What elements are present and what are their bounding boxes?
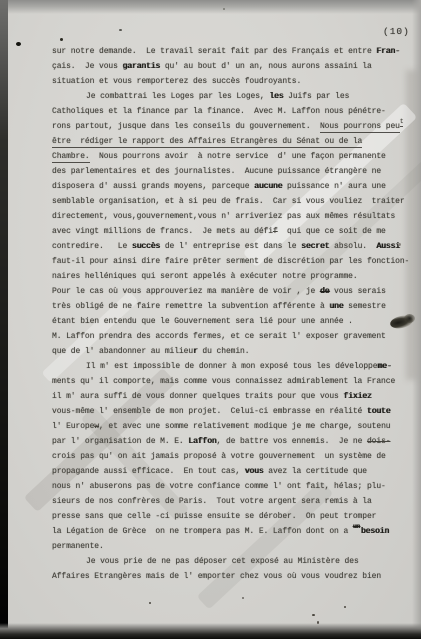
text-segment: avec vingt millions de francs. Je mets a…: [52, 227, 273, 236]
text-segment: de: [320, 287, 329, 296]
page-number: (10): [383, 26, 410, 37]
text-line: Catholiques et la finance par la finance…: [52, 104, 418, 119]
text-segment: il m' aura suffi de vous donner quelques…: [52, 392, 343, 401]
text-segment: vous-même l' ensemble de mon projet. Cel…: [52, 407, 367, 416]
text-line: nous n' abuserons pas de votre confiance…: [52, 479, 418, 494]
text-segment: situation et vous remporterez des succès…: [52, 77, 301, 86]
text-segment: naires helléniques qui seront appelés à …: [52, 272, 358, 281]
text-line: naires helléniques qui seront appelés à …: [52, 269, 418, 284]
text-line: Je vous prie de ne pas déposer cet expos…: [52, 554, 418, 569]
text-segment: très obligé de ne faire remettre la subv…: [52, 302, 329, 311]
text-segment: , de battre vos ennemis. Je ne: [217, 437, 367, 446]
text-line: contredire. Le succès de l' entreprise e…: [52, 239, 418, 254]
scan-edge-bottom: [0, 623, 421, 639]
text-segment: avez la certitude que: [264, 467, 367, 476]
text-segment: Nous pourrons avoir à notre service d' u…: [90, 152, 386, 161]
text-segment: aucune: [254, 182, 282, 191]
text-line: des parlementaires et des journalistes. …: [52, 164, 418, 179]
text-segment: toute: [367, 407, 391, 416]
text-line: Chambre. Nous pourrons avoir à notre ser…: [52, 149, 418, 164]
text-line: rons partout, jusque dans les conseils d…: [52, 119, 418, 134]
text-line: disposera d' aussi grands moyens, parceq…: [52, 179, 418, 194]
text-line: avec vingt millions de francs. Je mets a…: [52, 224, 418, 239]
text-line: Affaires Etrangères mais de l' emporter …: [52, 569, 418, 584]
ink-speck: [242, 597, 244, 599]
text-segment: rons partout, jusque dans les conseils d…: [52, 122, 320, 131]
text-segment: t: [400, 118, 404, 127]
text-line: Je combattrai les Loges par les Loges, l…: [52, 89, 418, 104]
text-segment: par l' organisation de M. E.: [52, 437, 188, 446]
text-segment: qui que ce soit de me: [278, 227, 386, 236]
text-segment: directement, vous,gouvernement,vous n' a…: [52, 212, 395, 221]
text-line: crois pas qu' on ait jamais proposé à vo…: [52, 449, 418, 464]
text-line: Pour le cas où vous approuveriez ma mani…: [52, 284, 418, 299]
text-segment: Pour le cas où vous approuveriez ma mani…: [52, 287, 320, 296]
text-segment: Il m' est impossible de donner à mon exp…: [86, 362, 377, 371]
text-line: sur notre demande. Le travail serait fai…: [52, 44, 418, 59]
text-segment: Je vous prie de ne pas déposer cet expos…: [86, 557, 359, 566]
text-line: semblable organisation, et à si peu de f…: [52, 194, 418, 209]
ink-speck: [60, 38, 63, 41]
text-segment: succès: [132, 242, 160, 251]
text-line: faut-il pour ainsi dire faire prêter ser…: [52, 254, 418, 269]
scan-edge-left: [0, 0, 8, 639]
text-segment: garantis: [123, 62, 161, 71]
text-line: situation et vous remporterez des succès…: [52, 74, 418, 89]
text-segment: sieurs de nos confrères de Paris. Tout v…: [52, 497, 372, 506]
text-segment: secret: [301, 242, 329, 251]
text-segment: Aussi: [376, 242, 400, 251]
text-segment: nous n' abuserons pas de votre confiance…: [52, 482, 386, 491]
text-segment: M. Laffon prendra des accords fermes, et…: [52, 332, 386, 341]
text-segment: vous: [245, 467, 264, 476]
text-segment: fixiez: [343, 392, 371, 401]
text-line: très obligé de ne faire remettre la subv…: [52, 299, 418, 314]
text-segment: être rédiger le rapport des Affaires Etr…: [52, 137, 362, 148]
text-segment: puissance n' aura une: [282, 182, 385, 191]
text-segment: propagande aussi efficace. En tout cas,: [52, 467, 245, 476]
text-line: par l' organisation de M. E. Laffon, de …: [52, 434, 418, 449]
text-segment: Nous pourrons peu: [320, 122, 400, 133]
text-segment: presse sans que celle -ci puisse ensuite…: [52, 512, 376, 521]
text-segment: Fran-: [376, 47, 400, 56]
text-segment: permanente.: [52, 542, 104, 551]
text-segment: les: [269, 92, 283, 101]
ink-speck: [16, 42, 21, 46]
text-segment: semestre: [343, 302, 385, 311]
text-segment: dois-: [367, 437, 391, 446]
text-segment: besoin: [361, 527, 389, 536]
text-segment: ments qu' il comporte, mais comme vous c…: [52, 377, 395, 386]
text-line: permanente.: [52, 539, 418, 554]
text-line: Il m' est impossible de donner à mon exp…: [52, 359, 418, 374]
ink-speck: [312, 614, 315, 616]
text-segment: qu' au bout d' un an, nous aurons assain…: [160, 62, 372, 71]
text-line: la Légation de Grèce on ne trompera pas …: [52, 524, 418, 539]
text-segment: çais. Je vous: [52, 62, 123, 71]
text-line: que de l' abandonner au milieur du chemi…: [52, 344, 418, 359]
text-segment: une: [329, 302, 343, 311]
text-segment: , et avec une somme relativement modique…: [99, 422, 390, 431]
text-segment: disposera d' aussi grands moyens, parceq…: [52, 182, 254, 191]
ink-speck: [223, 8, 225, 10]
text-line: sieurs de nos confrères de Paris. Tout v…: [52, 494, 418, 509]
text-line: M. Laffon prendra des accords fermes, et…: [52, 329, 418, 344]
ink-speck: [398, 243, 401, 246]
text-line: directement, vous,gouvernement,vous n' a…: [52, 209, 418, 224]
text-segment: Laffon: [188, 437, 216, 446]
text-segment: de l' entreprise est dans le: [160, 242, 301, 251]
text-segment: Affaires Etrangères mais de l' emporter …: [52, 572, 381, 581]
text-segment: semblable organisation, et à si peu de f…: [52, 197, 405, 206]
text-segment: que de l' abandonner au milieu: [52, 347, 193, 356]
text-segment: la Légation de Grèce on ne trompera pas …: [52, 527, 353, 536]
text-line: être rédiger le rapport des Affaires Etr…: [52, 134, 418, 149]
text-segment: sur notre demande. Le travail serait fai…: [52, 47, 376, 56]
text-line: étant bien entendu que le Gouvernement s…: [52, 314, 418, 329]
text-segment: absolu.: [329, 242, 376, 251]
text-segment: étant bien entendu que le Gouvernement s…: [52, 317, 353, 326]
text-segment: Je combattrai les Loges par les Loges,: [86, 92, 269, 101]
text-line: il m' aura suffi de vous donner quelques…: [52, 389, 418, 404]
typewritten-text: sur notre demande. Le travail serait fai…: [52, 44, 418, 584]
ink-speck: [344, 606, 346, 608]
ink-blot: [404, 314, 415, 323]
text-line: ments qu' il comporte, mais comme vous c…: [52, 374, 418, 389]
text-segment: un: [353, 523, 360, 530]
text-line: l' Europew, et avec une somme relativeme…: [52, 419, 418, 434]
scan-edge-top: [0, 0, 421, 14]
text-line: presse sans que celle -ci puisse ensuite…: [52, 509, 418, 524]
text-segment: Chambre.: [52, 152, 90, 163]
text-segment: me-: [377, 362, 391, 371]
ink-speck: [119, 29, 122, 31]
text-line: çais. Je vous garantis qu' au bout d' un…: [52, 59, 418, 74]
text-segment: des parlementaires et des journalistes. …: [52, 167, 381, 176]
text-segment: l' Europe: [52, 422, 94, 431]
text-segment: Catholiques et la finance par la finance…: [52, 107, 386, 116]
text-segment: contredire. Le: [52, 242, 132, 251]
text-segment: du chemin.: [198, 347, 250, 356]
text-segment: vous serais: [329, 287, 385, 296]
text-line: propagande aussi efficace. En tout cas, …: [52, 464, 418, 479]
ink-speck: [149, 602, 151, 604]
text-line: vous-même l' ensemble de mon projet. Cel…: [52, 404, 418, 419]
scanned-document-page: (10) sur notre demande. Le travail serai…: [0, 0, 421, 639]
text-segment: Juifs par les: [283, 92, 349, 101]
text-segment: faut-il pour ainsi dire faire prêter ser…: [52, 257, 409, 266]
text-segment: crois pas qu' on ait jamais proposé à vo…: [52, 452, 386, 461]
